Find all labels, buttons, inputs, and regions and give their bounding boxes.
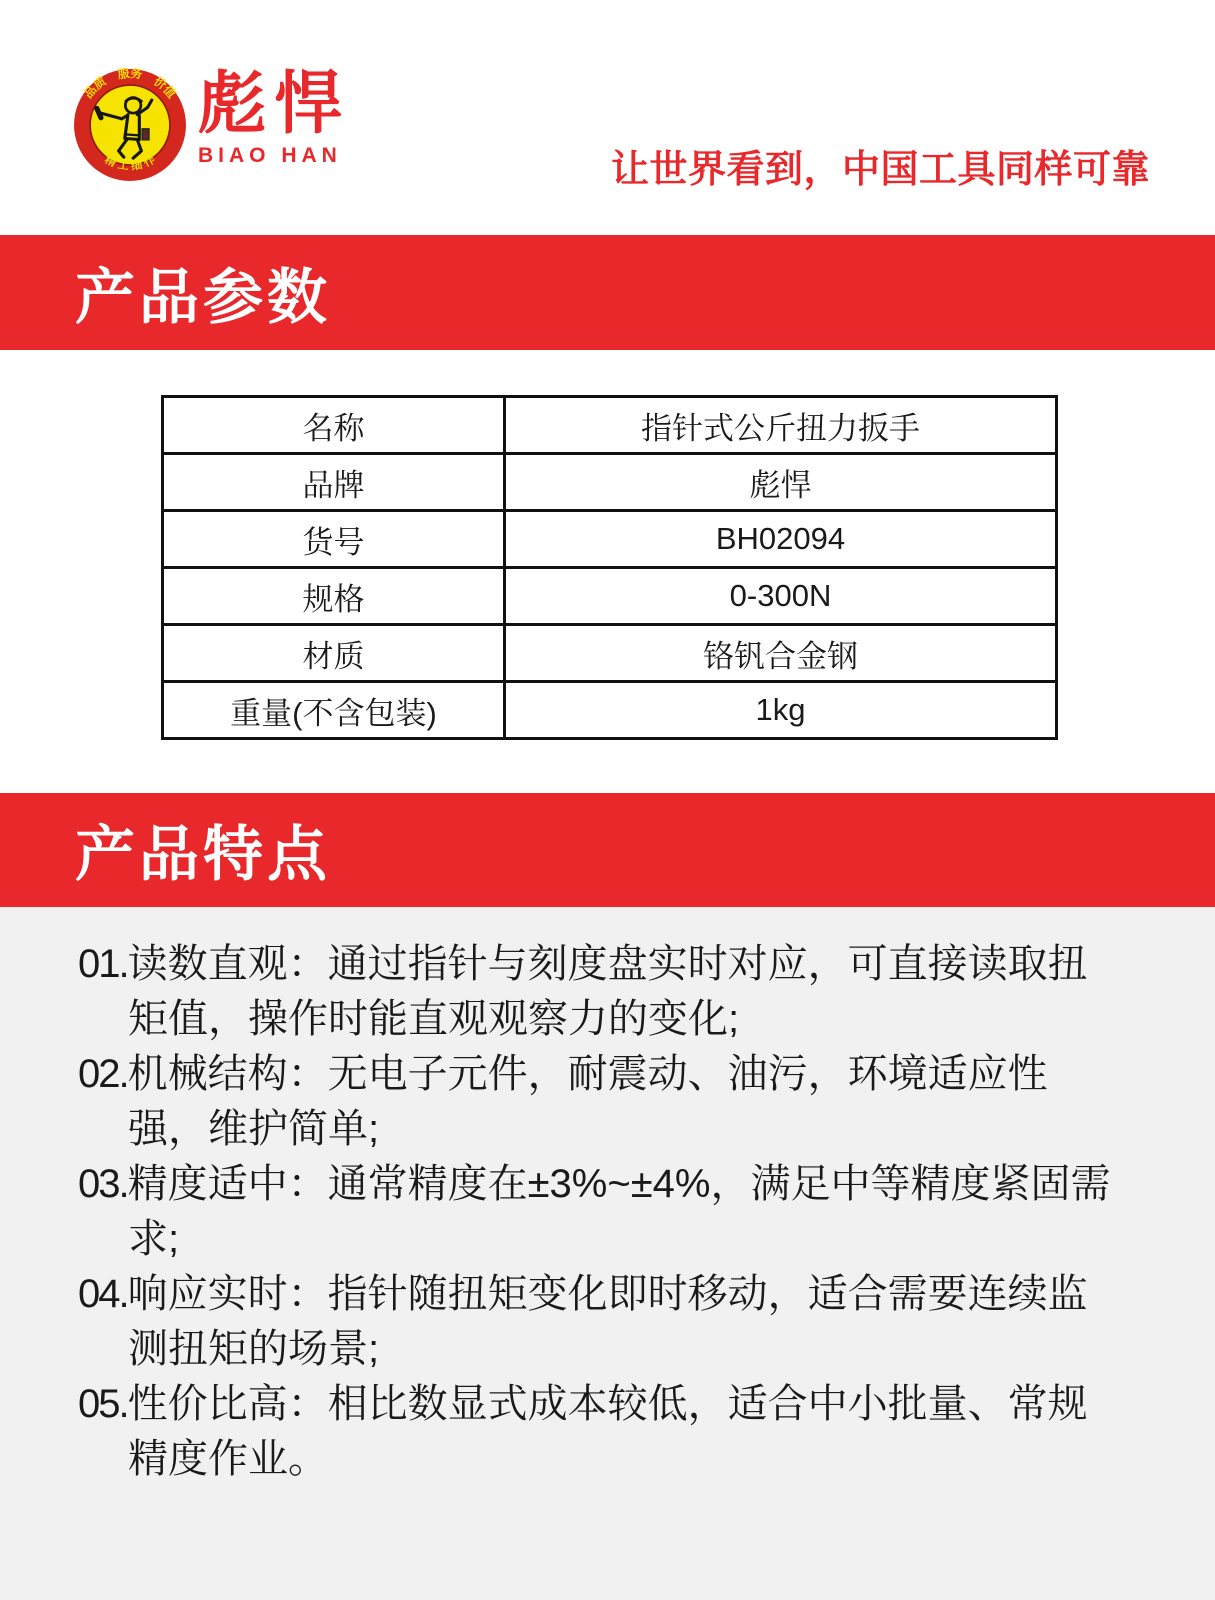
feature-item: 02.机械结构：无电子元件，耐震动、油污，环境适应性强，维护简单; [78, 1047, 1127, 1157]
feature-number: 02. [78, 1052, 128, 1096]
table-row: 品牌 彪悍 [163, 454, 1057, 511]
section-title-features: 产品特点 [75, 807, 331, 893]
params-table: 名称 指针式公斤扭力扳手 品牌 彪悍 货号 BH02094 规格 0-300N … [161, 395, 1058, 740]
param-label: 货号 [163, 511, 505, 568]
feature-item: 03.精度适中：通常精度在±3%~±4%，满足中等精度紧固需求; [78, 1157, 1127, 1267]
feature-item: 05.性价比高：相比数显式成本较低，适合中小批量、常规精度作业。 [78, 1377, 1127, 1487]
feature-text: 读数直观：通过指针与刻度盘实时对应，可直接读取扭矩值，操作时能直观观察力的变化; [128, 942, 1088, 1041]
brand-block: 彪悍 BIAO HAN [198, 70, 350, 168]
feature-item: 01.读数直观：通过指针与刻度盘实时对应，可直接读取扭矩值，操作时能直观观察力的… [78, 937, 1127, 1047]
feature-number: 04. [78, 1272, 128, 1316]
feature-text: 响应实时：指针随扭矩变化即时移动，适合需要连续监测扭矩的场景; [128, 1272, 1088, 1371]
table-row: 材质 铬钒合金钢 [163, 625, 1057, 682]
param-value: 指针式公斤扭力扳手 [505, 397, 1057, 454]
feature-text: 性价比高：相比数显式成本较低，适合中小批量、常规精度作业。 [128, 1382, 1088, 1481]
param-value: BH02094 [505, 511, 1057, 568]
section-banner-params: 产品参数 [0, 235, 1215, 350]
section-title-params: 产品参数 [75, 250, 331, 336]
brand-logo-icon: 品质 服务 价值 精 工 细 作 [73, 68, 187, 182]
feature-number: 05. [78, 1382, 128, 1426]
param-label: 名称 [163, 397, 505, 454]
brand-name-en: BIAO HAN [198, 144, 350, 168]
param-label: 规格 [163, 568, 505, 625]
feature-item: 04.响应实时：指针随扭矩变化即时移动，适合需要连续监测扭矩的场景; [78, 1267, 1127, 1377]
feature-number: 01. [78, 942, 128, 986]
table-row: 重量(不含包装) 1kg [163, 682, 1057, 739]
param-label: 材质 [163, 625, 505, 682]
features-list: 01.读数直观：通过指针与刻度盘实时对应，可直接读取扭矩值，操作时能直观观察力的… [0, 907, 1215, 1487]
svg-text:悍: 悍 [143, 134, 149, 142]
table-row: 规格 0-300N [163, 568, 1057, 625]
features-section: 01.读数直观：通过指针与刻度盘实时对应，可直接读取扭矩值，操作时能直观观察力的… [0, 907, 1215, 1600]
header: 品质 服务 价值 精 工 细 作 [0, 0, 1215, 235]
product-detail-page: 品质 服务 价值 精 工 细 作 [0, 0, 1215, 1600]
feature-text: 精度适中：通常精度在±3%~±4%，满足中等精度紧固需求; [128, 1162, 1111, 1261]
param-value: 0-300N [505, 568, 1057, 625]
param-value: 彪悍 [505, 454, 1057, 511]
table-row: 货号 BH02094 [163, 511, 1057, 568]
section-banner-features: 产品特点 [0, 793, 1215, 907]
feature-number: 03. [78, 1162, 128, 1206]
param-label: 品牌 [163, 454, 505, 511]
param-label: 重量(不含包装) [163, 682, 505, 739]
param-value: 铬钒合金钢 [505, 625, 1057, 682]
param-value: 1kg [505, 682, 1057, 739]
brand-name-cn: 彪悍 [198, 70, 350, 138]
feature-text: 机械结构：无电子元件，耐震动、油污，环境适应性强，维护简单; [128, 1052, 1048, 1151]
brand-tagline: 让世界看到，中国工具同样可靠 [611, 138, 1150, 193]
table-row: 名称 指针式公斤扭力扳手 [163, 397, 1057, 454]
